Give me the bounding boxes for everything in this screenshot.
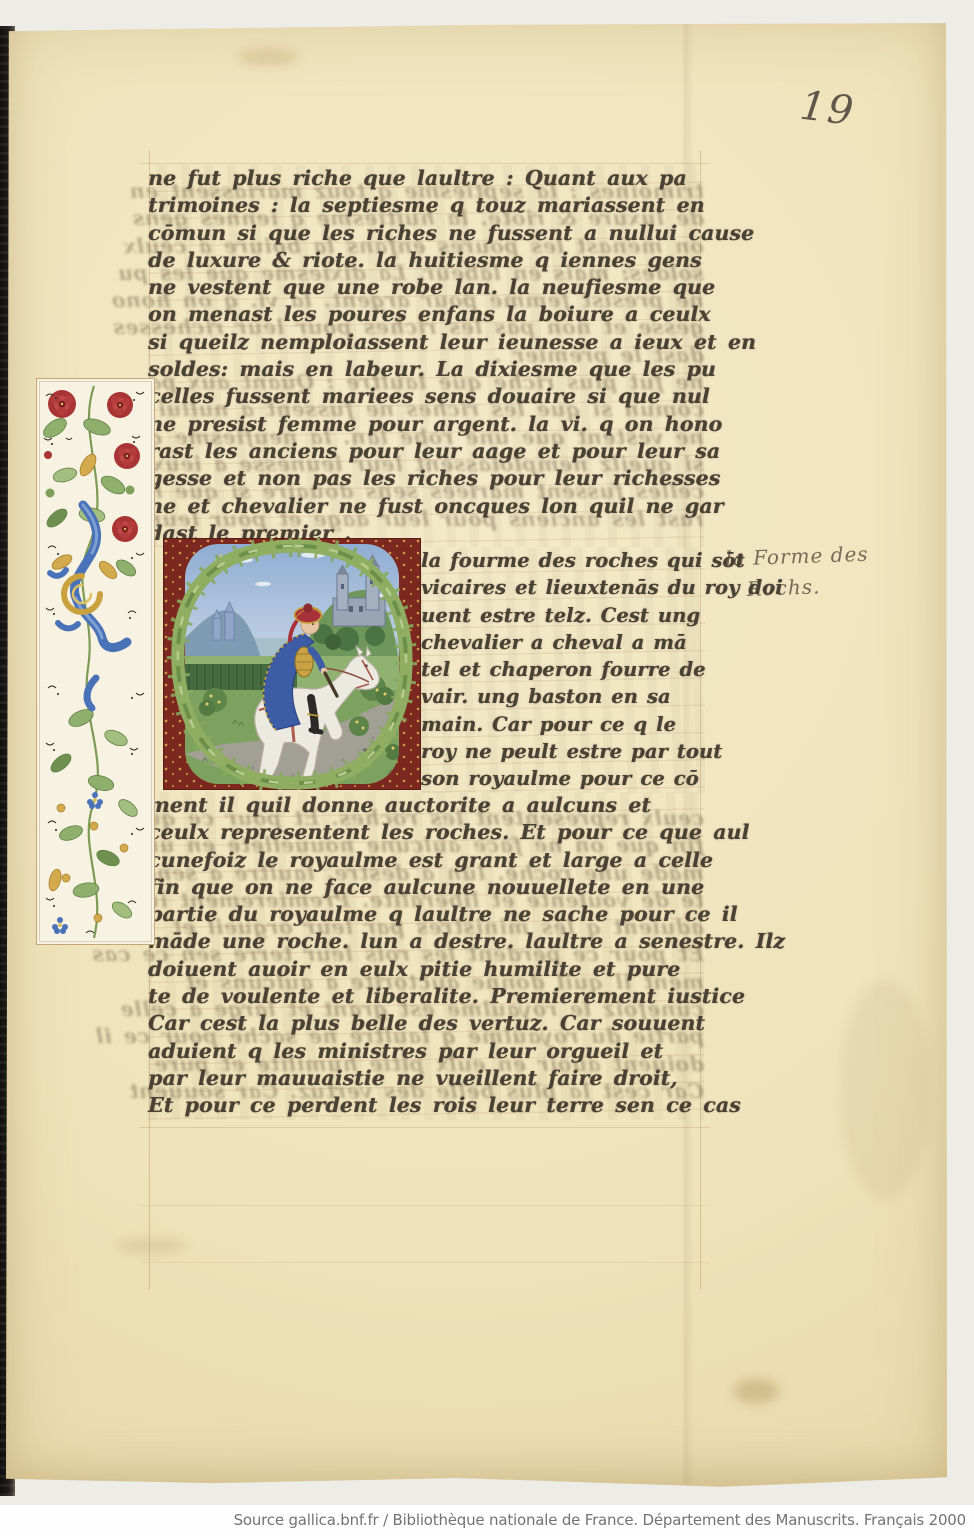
manuscript-line: vair. ung baston en sa [421,683,705,710]
parchment-stain [840,980,930,1200]
manuscript-line: ne et chevalier ne fust oncques lon quil… [148,493,704,520]
manuscript-line: roy ne peult estre par tout [421,738,705,765]
manuscript-line: par leur mauuaistie ne vueillent faire d… [148,1065,704,1092]
manuscript-line: ceulx representent les roches. Et pour c… [148,819,704,846]
source-attribution: Source gallica.bnf.fr / Bibliothèque nat… [234,1505,966,1536]
leg-boot [311,698,315,730]
manuscript-line: Et pour ce perdent les rois leur terre s… [148,1092,704,1119]
manuscript-line: uent estre telz. Cest ung [421,602,705,629]
manuscript-line: cōmun si que les riches ne fussent a nul… [148,220,704,247]
parchment-stain [238,48,298,66]
manuscript-line: ne fut plus riche que laultre : Quant au… [148,165,704,192]
manuscript-line: ne presist femme pour argent. la vi. q o… [148,411,704,438]
text-block-top: ne fut plus riche que laultre : Quant au… [148,165,704,547]
landscape-scene [185,544,401,784]
manuscript-line: son royaulme pour ce cō [421,765,705,792]
manuscript-line: Car cest la plus belle des vertuz. Car s… [148,1010,704,1037]
boot-foot [311,730,321,732]
parchment-stain [116,1238,186,1254]
manuscript-line: trimoines : la septiesme q touz mariasse… [148,192,704,219]
manuscript-line: ne vestent que une robe lan. la neufiesm… [148,274,704,301]
illuminated-floral-border [36,378,155,945]
manuscript-line: celles fussent mariees sens douaire si q… [148,383,704,410]
manuscript-line: si queilz nemploiassent leur ieunesse a … [148,329,704,356]
manuscript-line: ment il quil donne auctorite a aulcuns e… [148,792,704,819]
manuscript-line: partie du royaulme q laultre ne sache po… [148,901,704,928]
manuscript-line: doiuent auoir en eulx pitie humilite et … [148,956,704,983]
manuscript-line: te de voulente et liberalite. Premiereme… [148,983,704,1010]
manuscript-line: māde une roche. lun a destre. laultre a … [148,928,704,955]
manuscript-line: main. Car pour ce q le [421,711,705,738]
manuscript-line: la fourme des roches qui sōt [421,547,705,574]
manuscript-line: on menast les poures enfans la boiure a … [148,301,704,328]
turban-cap [303,603,312,612]
manuscript-scan-page: { "folio_number": "19", "margin_note": {… [0,0,974,1536]
ruling-line-horizontal [140,1205,710,1206]
text-block-bottom: ment il quil donne auctorite a aulcuns e… [148,792,704,1120]
manuscript-line: tel et chaperon fourre de [421,656,705,683]
text-block-beside-miniature: la fourme des roches qui sōt vicaires et… [421,547,705,793]
manuscript-line: rast les anciens pour leur aage et pour … [148,438,704,465]
manuscript-line: aduient q les ministres par leur orgueil… [148,1038,704,1065]
manuscript-line: soldes: mais en labeur. La dixiesme que … [148,356,704,383]
ruling-line-horizontal [140,1262,710,1263]
manuscript-line: de luxure & riote. la huitiesme q iennes… [148,247,704,274]
manuscript-line: gesse et non pas les riches pour leur ri… [148,465,704,492]
ruling-line-horizontal [140,1127,710,1128]
miniature-knight-on-horseback [163,538,421,790]
ruling-line-horizontal [140,163,710,164]
manuscript-line: cunefoiz le royaulme est grant et large … [148,847,704,874]
manuscript-line: fin que on ne face aulcune nouuellete en… [148,874,704,901]
gallica-source-bar: Source gallica.bnf.fr / Bibliothèque nat… [0,1505,974,1536]
manuscript-line: chevalier a cheval a mā [421,629,705,656]
parchment-stain [733,1378,779,1404]
manuscript-line: vicaires et lieuxtenās du roy doi [421,574,705,601]
